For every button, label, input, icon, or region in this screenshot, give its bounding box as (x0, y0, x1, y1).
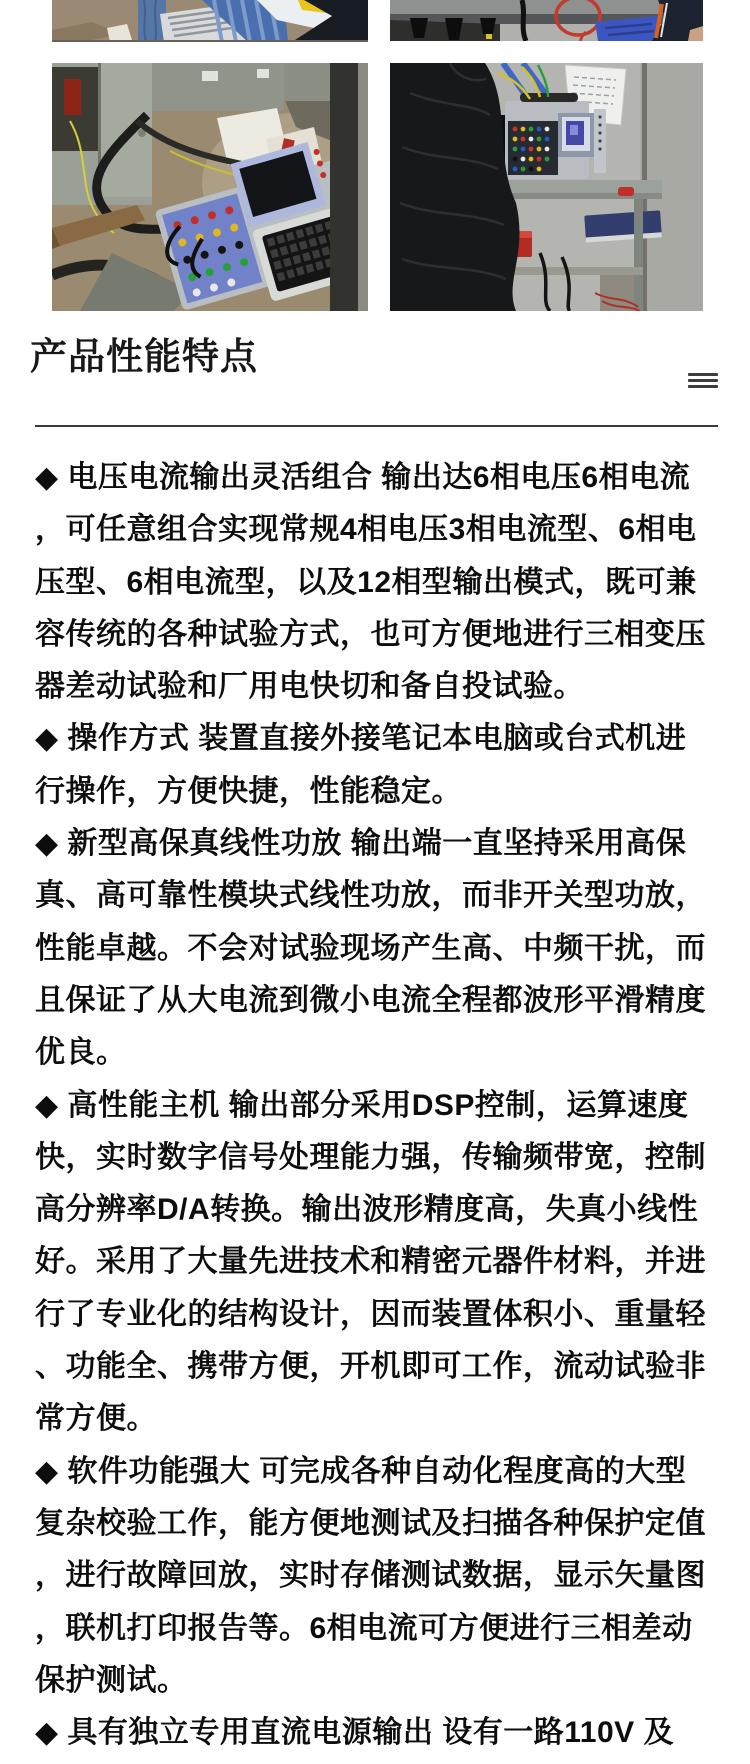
feature-text-line: ，联机打印报告等。6相电流可方便进行三相差动 (35, 1603, 719, 1655)
feature-text-line: ◆ 软件功能强大 可完成各种自动化程度高的大型 (35, 1446, 719, 1498)
feature-text-line: ◆ 高性能主机 输出部分采用DSP控制，运算速度 (35, 1080, 719, 1132)
feature-item-high-performance-host: ◆ 高性能主机 输出部分采用DSP控制，运算速度 快，实时数字信号处理能力强，传… (35, 1080, 719, 1446)
feature-text-line: ，进行故障回放，实时存储测试数据，显示矢量图 (35, 1550, 719, 1602)
feature-text-line: 快，实时数字信号处理能力强，传输频带宽，控制 (35, 1132, 719, 1184)
feature-text-line: 压型、6相电流型，以及12相型输出模式，既可兼 (35, 557, 719, 609)
feature-text-line: 好。采用了大量先进技术和精密元器件材料，并进 (35, 1236, 719, 1288)
product-photo-bottom-right[interactable] (390, 63, 703, 311)
section-heading: 产品性能特点 (30, 334, 258, 380)
feature-text-line: 器差动试验和厂用电快切和备自投试验。 (35, 661, 719, 713)
feature-text-line: 保护测试。 (35, 1655, 719, 1707)
feature-text-line: ◆ 操作方式 装置直接外接笔记本电脑或台式机进 (35, 713, 719, 765)
feature-text-line: 复杂校验工作，能方便地测试及扫描各种保护定值 (35, 1498, 719, 1550)
feature-text-line: 常方便。 (35, 1393, 719, 1445)
feature-text-line: 、功能全、携带方便，开机即可工作，流动试验非 (35, 1341, 719, 1393)
feature-item-output-combo: ◆ 电压电流输出灵活组合 输出达6相电压6相电流 ，可任意组合实现常规4相电压3… (35, 452, 719, 713)
feature-text-line: ◆ 具有独立专用直流电源输出 设有一路110V 及 (35, 1707, 719, 1759)
photo-bottom-left-art (52, 63, 368, 311)
hamburger-line (688, 379, 718, 382)
product-photo-bottom-left[interactable] (52, 63, 368, 311)
photo-top-right-art (390, 0, 703, 41)
hamburger-icon[interactable] (688, 373, 718, 388)
feature-list: ◆ 电压电流输出灵活组合 输出达6相电压6相电流 ，可任意组合实现常规4相电压3… (35, 452, 719, 1759)
section-divider (35, 425, 718, 427)
feature-item-operation-mode: ◆ 操作方式 装置直接外接笔记本电脑或台式机进 行操作，方便快捷，性能稳定。 (35, 713, 719, 818)
hamburger-line (688, 385, 718, 388)
feature-text-line: 真、高可靠性模块式线性功放，而非开关型功放， (35, 870, 719, 922)
photo-top-left-art (52, 0, 368, 42)
feature-text-line: 高分辨率D/A转换。输出波形精度高，失真小线性 (35, 1184, 719, 1236)
feature-text-line: 行操作，方便快捷，性能稳定。 (35, 766, 719, 818)
feature-text-line: ◆ 电压电流输出灵活组合 输出达6相电压6相电流 (35, 452, 719, 504)
feature-text-line: 性能卓越。不会对试验现场产生高、中频干扰，而 (35, 923, 719, 975)
feature-item-linear-amplifier: ◆ 新型高保真线性功放 输出端一直坚持采用高保 真、高可靠性模块式线性功放，而非… (35, 818, 719, 1079)
feature-item-dc-power: ◆ 具有独立专用直流电源输出 设有一路110V 及 (35, 1707, 719, 1759)
feature-item-software: ◆ 软件功能强大 可完成各种自动化程度高的大型 复杂校验工作，能方便地测试及扫描… (35, 1446, 719, 1707)
photo-bottom-right-art (390, 63, 703, 311)
feature-text-line: 容传统的各种试验方式，也可方便地进行三相变压 (35, 609, 719, 661)
hamburger-line (688, 373, 718, 376)
product-photo-top-right[interactable] (390, 0, 703, 41)
feature-text-line: 且保证了从大电流到微小电流全程都波形平滑精度 (35, 975, 719, 1027)
product-photo-top-left[interactable] (52, 0, 368, 42)
feature-text-line: 行了专业化的结构设计，因而装置体积小、重量轻 (35, 1289, 719, 1341)
page: 产品性能特点 ◆ 电压电流输出灵活组合 输出达6相电压6相电流 ，可任意组合实现… (0, 0, 750, 1764)
feature-text-line: ◆ 新型高保真线性功放 输出端一直坚持采用高保 (35, 818, 719, 870)
feature-text-line: 优良。 (35, 1027, 719, 1079)
feature-text-line: ，可任意组合实现常规4相电压3相电流型、6相电 (35, 504, 719, 556)
